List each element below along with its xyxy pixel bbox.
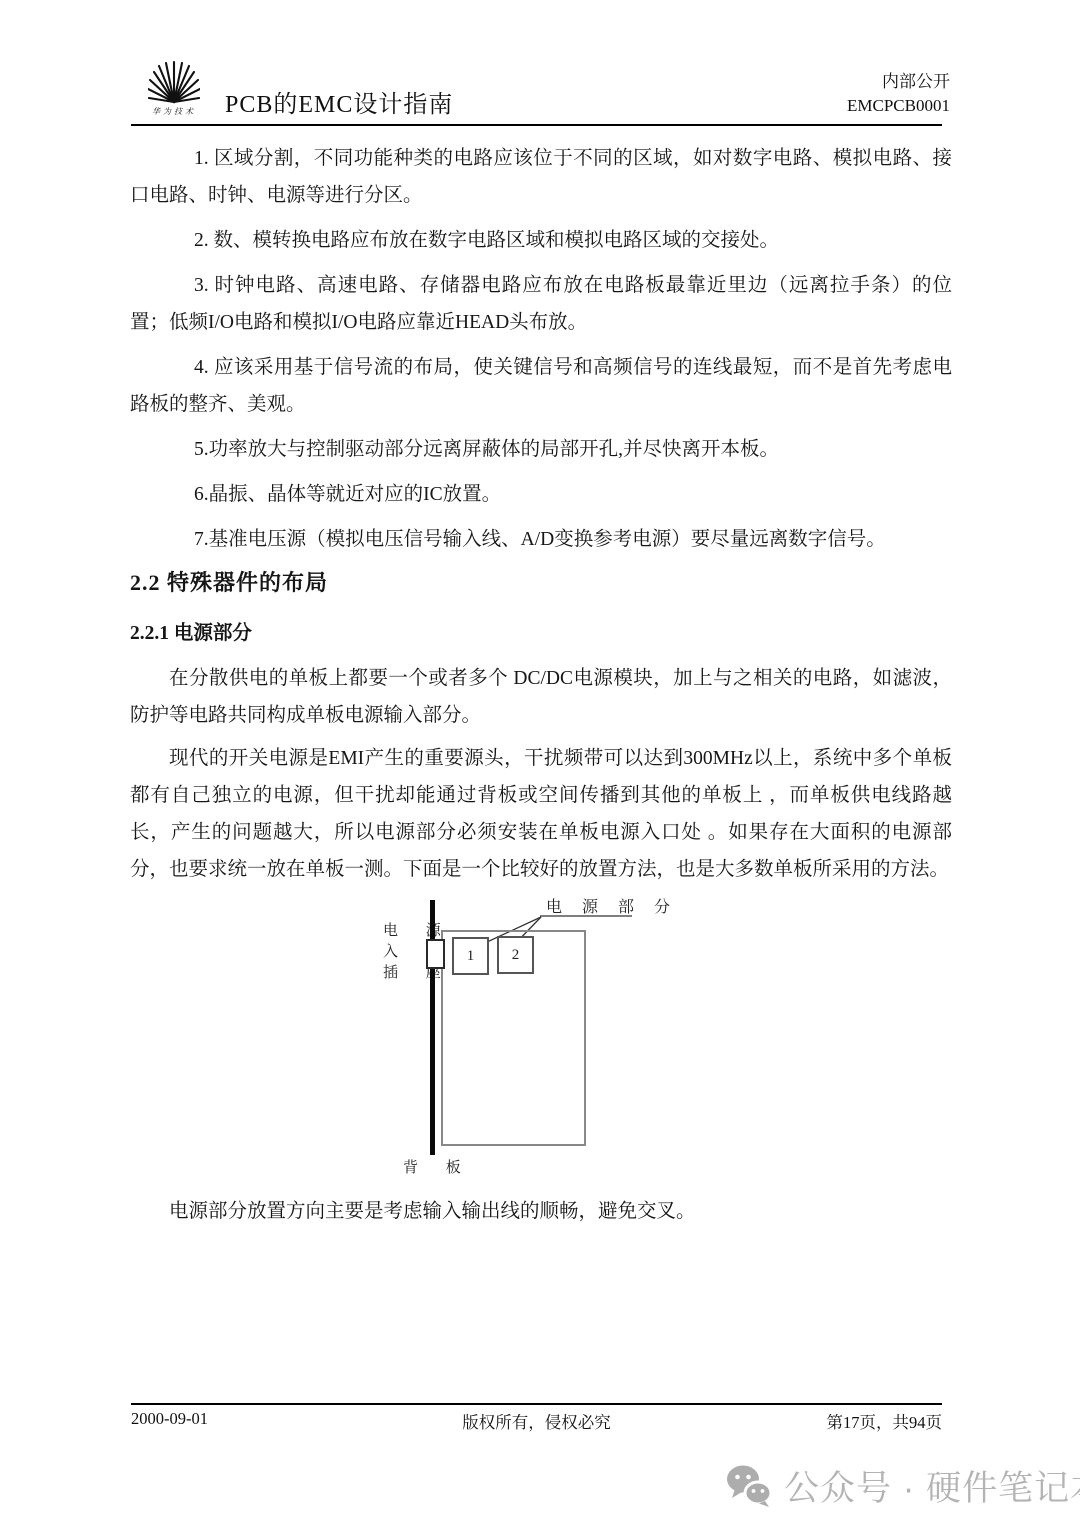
power-inlet-socket xyxy=(426,939,445,969)
classification-label: 内部公开 xyxy=(847,70,950,94)
company-logo: 华为技术 xyxy=(148,56,200,120)
header-meta: 内部公开 EMCPCB0001 xyxy=(847,70,950,118)
paragraph-2: 现代的开关电源是EMI产生的重要源头，干扰频带可以达到300MHz以上，系统中多… xyxy=(130,740,952,888)
backplane-label: 背 板 xyxy=(403,1156,473,1177)
power-module-2: 2 xyxy=(497,936,534,974)
watermark: 公众号 · 硬件笔记本 xyxy=(726,1462,1080,1510)
footer-copyright: 版权所有，侵权必究 xyxy=(131,1409,942,1433)
body-content: 1. 区域分割，不同功能种类的电路应该位于不同的区域，如对数字电路、模拟电路、接… xyxy=(130,140,952,894)
list-item-2: 2. 数、模转换电路应布放在数字电路区域和模拟电路区域的交接处。 xyxy=(130,222,952,259)
doc-number: EMCPCB0001 xyxy=(847,94,950,118)
section-heading-2-2-1: 2.2.1 电源部分 xyxy=(130,620,952,648)
paragraph-1: 在分散供电的单板上都要一个或者多个 DC/DC电源模块，加上与之相关的电路，如滤… xyxy=(130,660,952,734)
power-section-label: 电 源 部 分 xyxy=(546,894,678,917)
wechat-icon xyxy=(726,1464,772,1508)
logo-wordmark: 华为技术 xyxy=(152,107,196,116)
list-item-1: 1. 区域分割，不同功能种类的电路应该位于不同的区域，如对数字电路、模拟电路、接… xyxy=(130,140,952,214)
list-item-7: 7.基准电压源（模拟电压信号输入线、A/D变换参考电源）要尽量远离数字信号。 xyxy=(130,521,952,558)
section-heading-2-2: 2.2 特殊器件的布局 xyxy=(130,568,952,598)
watermark-text: 公众号 · 硬件笔记本 xyxy=(784,1461,1080,1511)
power-placement-diagram: 电 源 部 分 1 2 电 源 入 口 插 座 背 板 xyxy=(380,893,660,1188)
fan-logo-icon: 华为技术 xyxy=(148,56,200,120)
document-title: PCB的EMC设计指南 xyxy=(225,84,453,119)
footer-rule xyxy=(131,1403,942,1405)
header-rule xyxy=(131,124,942,126)
list-item-6: 6.晶振、晶体等就近对应的IC放置。 xyxy=(130,476,952,513)
power-module-1: 1 xyxy=(452,937,489,975)
list-item-5: 5.功率放大与控制驱动部分远离屏蔽体的局部开孔,并尽快离开本板。 xyxy=(130,431,952,468)
document-page: 华为技术 PCB的EMC设计指南 内部公开 EMCPCB0001 1. 区域分割… xyxy=(0,0,1080,1528)
footer-page-number: 第17页，共94页 xyxy=(827,1409,943,1433)
list-item-4: 4. 应该采用基于信号流的布局，使关键信号和高频信号的连线最短，而不是首先考虑电… xyxy=(130,349,952,423)
paragraph-3: 电源部分放置方向主要是考虑输入输出线的顺畅，避免交叉。 xyxy=(130,1197,952,1227)
list-item-3: 3. 时钟电路、高速电路、存储器电路应布放在电路板最靠近里边（远离拉手条）的位置… xyxy=(130,267,952,341)
